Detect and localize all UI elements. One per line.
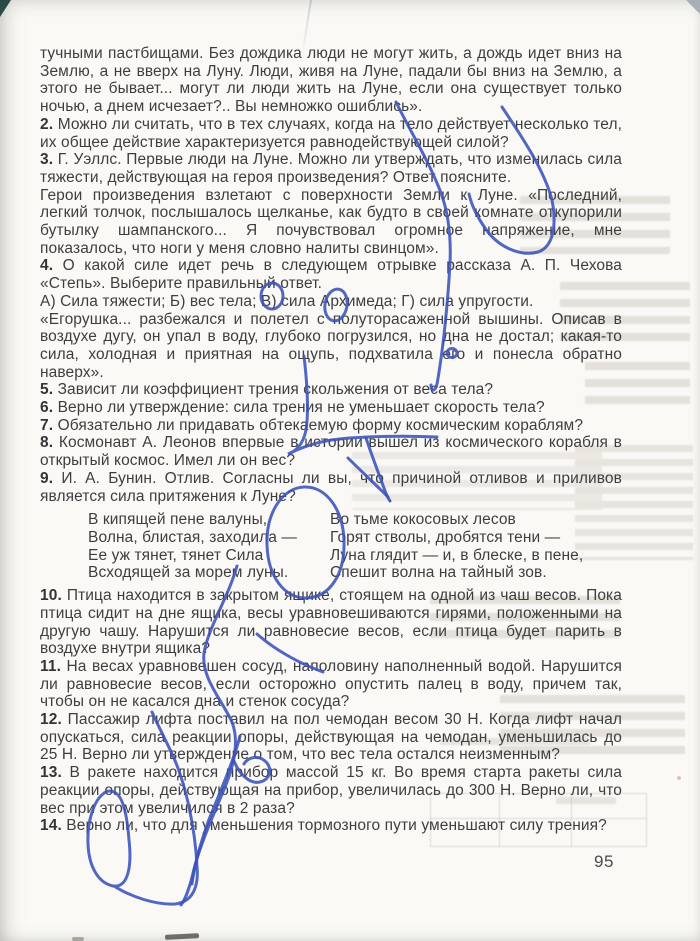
pen-dot <box>447 349 457 358</box>
pen-diagonal-3 <box>257 634 323 672</box>
pen-annotations <box>0 0 700 941</box>
pen-check-underline <box>288 356 437 454</box>
pen-stroke-long-left <box>396 102 450 390</box>
pen-small-oval <box>322 287 349 322</box>
pen-diagonal-2 <box>348 458 388 497</box>
edge-smudge <box>72 937 84 941</box>
pen-long-scribble <box>181 566 237 905</box>
pen-stroke-loop-right <box>469 107 554 253</box>
pen-bottom-loop <box>88 712 197 904</box>
pen-circle-option-b <box>261 283 283 309</box>
pen-oval-over-poem <box>267 487 344 598</box>
scanned-page: тучными пастбищами. Без дождика люди не … <box>0 0 700 941</box>
pen-diagonal <box>366 438 390 501</box>
corner-mark <box>0 0 11 17</box>
pen-small-loop <box>234 757 270 782</box>
